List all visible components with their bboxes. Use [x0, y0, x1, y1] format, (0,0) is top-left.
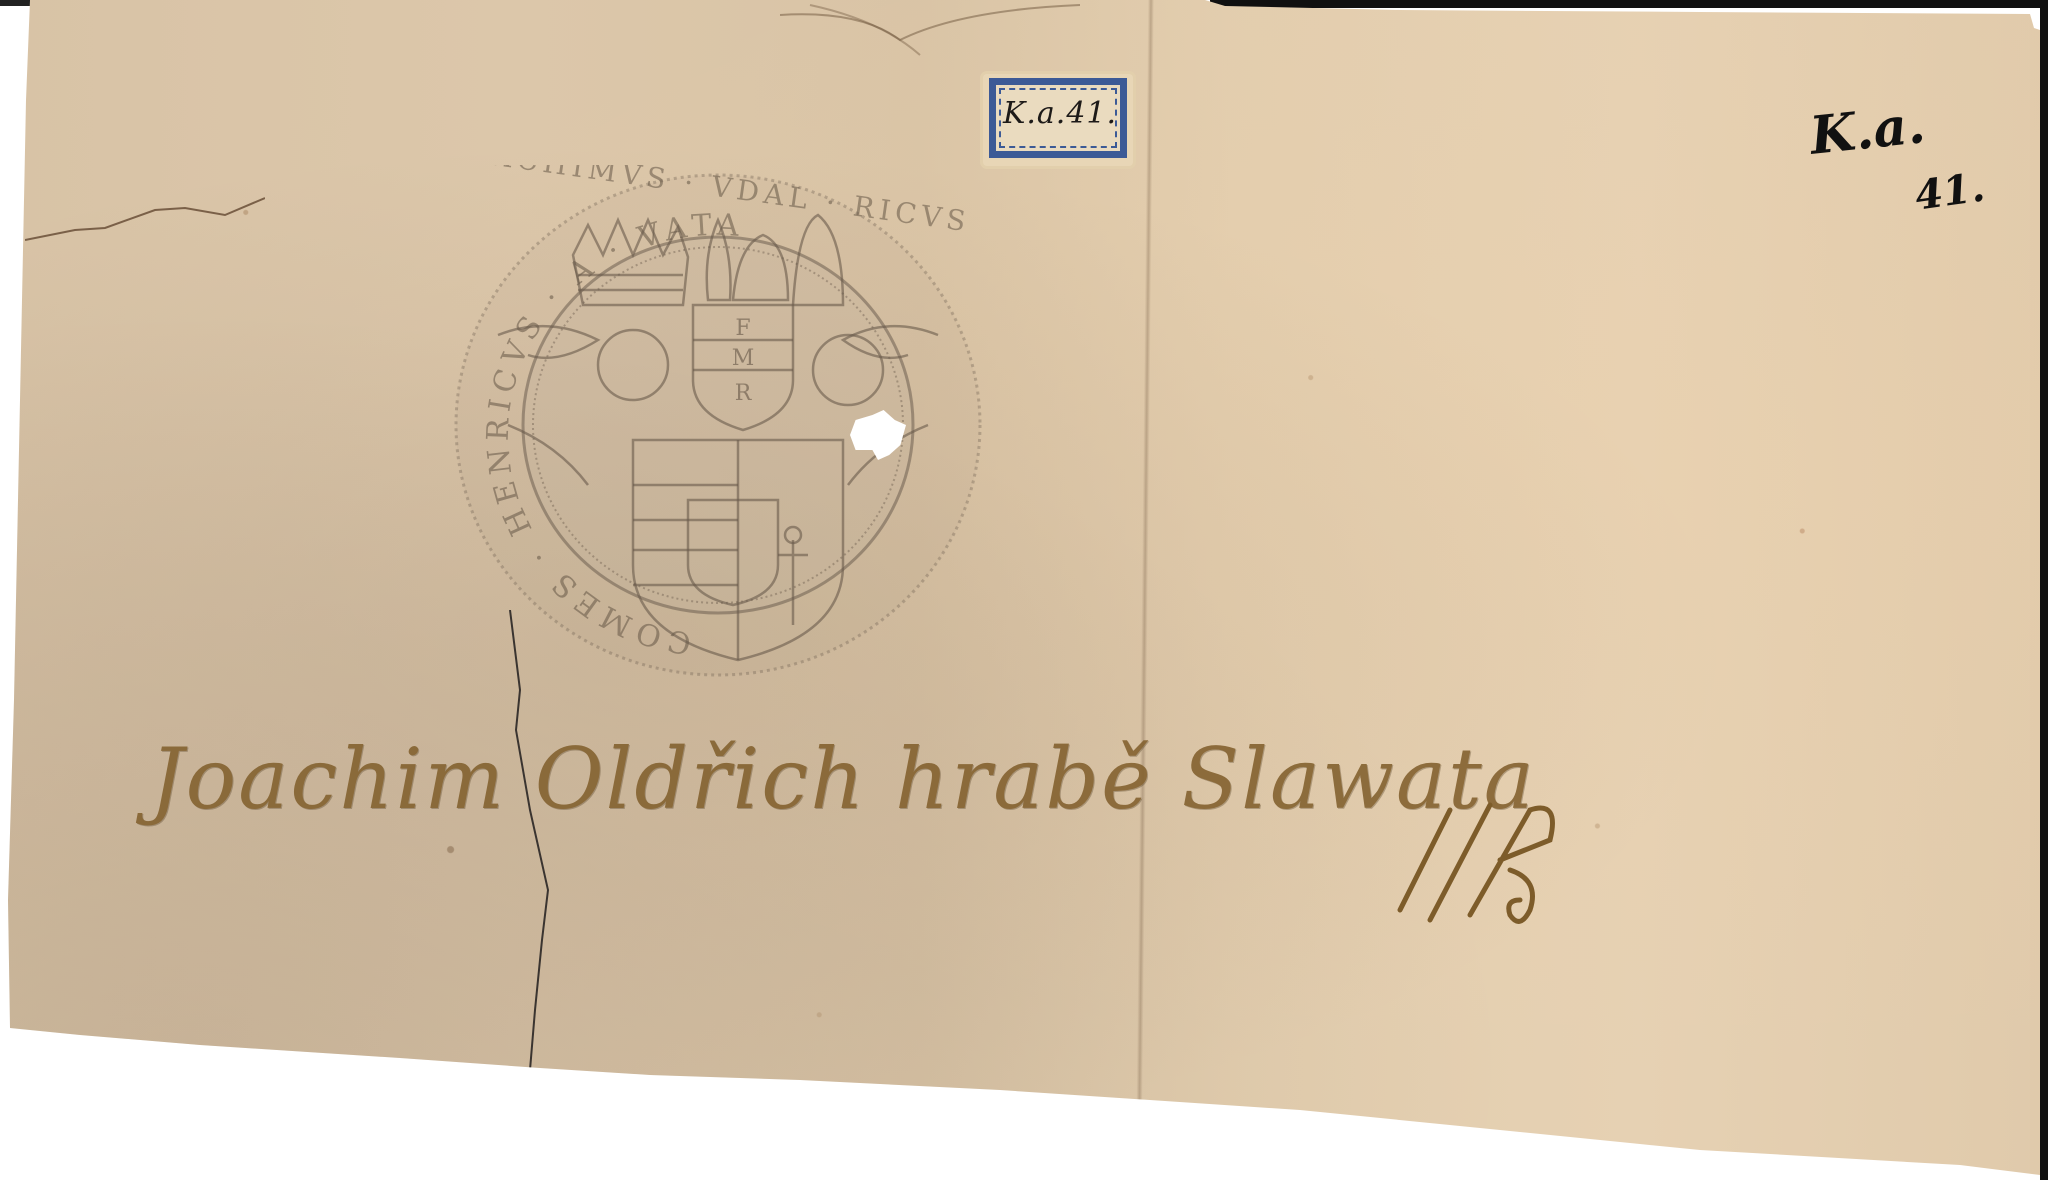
svg-text:R: R — [735, 381, 753, 406]
svg-text:M: M — [732, 346, 755, 371]
scanner-edge-top — [1210, 0, 2048, 8]
svg-text:F: F — [735, 316, 750, 341]
paper-stains — [0, 0, 2048, 1180]
archival-label: K.a.41. — [983, 74, 1133, 166]
shelfmark-line-2: 41. — [1912, 163, 1987, 219]
handwritten-shelfmark: K.a. 41. — [1800, 100, 2010, 230]
shelfmark-line-1: K.a. — [1807, 94, 1928, 167]
archival-label-text: K.a.41. — [1001, 92, 1119, 136]
address-text: Joachim Oldřich hrabě Slawata — [150, 730, 1536, 828]
scanner-edge-right — [2040, 0, 2048, 1180]
embossed-seal: COMES · HENRICVS · A · VATA — [448, 165, 988, 685]
paper-sheet: COMES · HENRICVS · A · VATA — [0, 0, 2048, 1180]
paper-crease-top — [780, 0, 1080, 60]
scanner-edge-left — [0, 0, 30, 6]
signature-flourish — [1380, 800, 1580, 940]
paper-crack-left — [25, 180, 265, 250]
